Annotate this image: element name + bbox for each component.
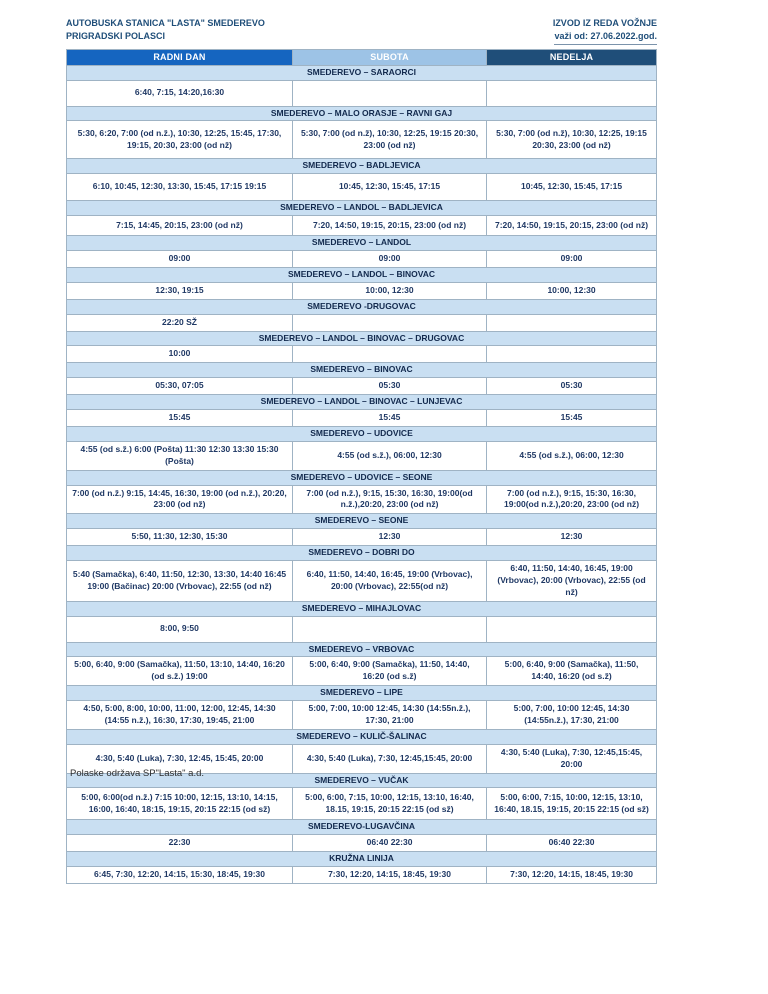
route-title: SMEDEREVO – LANDOL – BINOVAC – DRUGOVAC <box>67 331 657 346</box>
departure-times-row: 22:20 SŽ <box>67 314 657 331</box>
route-title: SMEDEREVO – LANDOL <box>67 236 657 251</box>
route-title: SMEDEREVO – DOBRI DO <box>67 546 657 561</box>
departure-times-cell: 5:00, 6:40, 9:00 (Samačka), 11:50, 14:40… <box>292 657 486 686</box>
route-title: KRUŽNA LINIJA <box>67 852 657 867</box>
route-title: SMEDEREVO – UDOVICE <box>67 426 657 441</box>
column-header-radni-dan: RADNI DAN <box>67 50 293 66</box>
schedule-info-block: IZVOD IZ REDA VOŽNJE važi od: 27.06.2022… <box>553 17 657 45</box>
route-title: SMEDEREVO -DRUGOVAC <box>67 299 657 314</box>
departure-times-cell <box>292 80 486 106</box>
route-section-header: SMEDEREVO – LANDOL – BADLJEVICA <box>67 201 657 216</box>
departure-times-row: 4:50, 5:00, 8:00, 10:00, 11:00, 12:00, 1… <box>67 701 657 730</box>
route-title: SMEDEREVO – MALO ORASJE – RAVNI GAJ <box>67 106 657 121</box>
departure-times-cell: 6:40, 11:50, 14:40, 16:45, 19:00 (Vrbova… <box>292 560 486 601</box>
route-section-header: SMEDEREVO – SEONE <box>67 514 657 529</box>
departure-times-cell: 5:00, 7:00, 10:00 12:45, 14:30 (14:55n.ž… <box>487 701 657 730</box>
departure-times-cell: 6:10, 10:45, 12:30, 13:30, 15:45, 17:15 … <box>67 174 293 201</box>
departure-times-row: 4:55 (od s.ž.) 6:00 (Pošta) 11:30 12:30 … <box>67 441 657 470</box>
departure-times-cell: 10:45, 12:30, 15:45, 17:15 <box>487 174 657 201</box>
operator-note: Polaske održava SP"Lasta" a.d. <box>70 768 204 779</box>
schedule-extract-label: IZVOD IZ REDA VOŽNJE <box>553 17 657 30</box>
departure-times-cell: 4:30, 5:40 (Luka), 7:30, 12:45,15:45, 20… <box>292 744 486 773</box>
route-title: SMEDEREVO-LUGAVČINA <box>67 820 657 835</box>
departure-times-cell: 7:30, 12:20, 14:15, 18:45, 19:30 <box>487 867 657 884</box>
departure-times-cell: 12:30 <box>487 529 657 546</box>
departure-times-cell: 12:30 <box>292 529 486 546</box>
departure-times-row: 7:00 (od n.ž.) 9:15, 14:45, 16:30, 19:00… <box>67 485 657 514</box>
departure-times-cell: 6:40, 11:50, 14:40, 16:45, 19:00 (Vrbova… <box>487 560 657 601</box>
route-section-header: SMEDEREVO – DOBRI DO <box>67 546 657 561</box>
departure-times-cell: 09:00 <box>487 251 657 268</box>
departure-times-cell: 5:30, 7:00 (od n.ž), 10:30, 12:25, 19:15… <box>292 121 486 159</box>
route-section-header: SMEDEREVO – KULIČ-ŠALINAC <box>67 729 657 744</box>
route-title: SMEDEREVO – BINOVAC <box>67 363 657 378</box>
day-header-row: RADNI DAN SUBOTA NEDELJA <box>67 50 657 66</box>
route-title: SMEDEREVO – VRBOVAC <box>67 642 657 657</box>
departure-times-cell: 5:50, 11:30, 12:30, 15:30 <box>67 529 293 546</box>
station-title-block: AUTOBUSKA STANICA "LASTA" SMEDEREVO PRIG… <box>66 17 265 43</box>
departure-times-cell: 5:30, 6:20, 7:00 (od n.ž.), 10:30, 12:25… <box>67 121 293 159</box>
station-title: AUTOBUSKA STANICA "LASTA" SMEDEREVO <box>66 17 265 30</box>
departure-times-row: 10:00 <box>67 346 657 363</box>
departure-times-cell: 5:00, 6:40, 9:00 (Samačka), 11:50, 13:10… <box>67 657 293 686</box>
departure-times-cell <box>487 346 657 363</box>
route-title: SMEDEREVO – KULIČ-ŠALINAC <box>67 729 657 744</box>
departure-times-cell <box>487 80 657 106</box>
route-title: SMEDEREVO – BADLJEVICA <box>67 159 657 174</box>
departure-times-cell: 5:00, 6:40, 9:00 (Samačka), 11:50, 14:40… <box>487 657 657 686</box>
departure-times-row: 5:00, 6:40, 9:00 (Samačka), 11:50, 13:10… <box>67 657 657 686</box>
valid-from-date: važi od: 27.06.2022.god. <box>554 30 657 45</box>
route-section-header: SMEDEREVO -DRUGOVAC <box>67 299 657 314</box>
column-header-nedelja: NEDELJA <box>487 50 657 66</box>
departure-times-cell: 4:55 (od s.ž.) 6:00 (Pošta) 11:30 12:30 … <box>67 441 293 470</box>
departure-times-cell: 4:50, 5:00, 8:00, 10:00, 11:00, 12:00, 1… <box>67 701 293 730</box>
departure-times-cell: 5:00, 6:00, 7:15, 10:00, 12:15, 13:10, 1… <box>487 788 657 820</box>
route-section-header: SMEDEREVO – LANDOL – BINOVAC – DRUGOVAC <box>67 331 657 346</box>
departure-times-cell: 05:30, 07:05 <box>67 378 293 395</box>
content-area: AUTOBUSKA STANICA "LASTA" SMEDEREVO PRIG… <box>66 17 657 884</box>
departure-times-cell: 7:20, 14:50, 19:15, 20:15, 23:00 (od nž) <box>487 216 657 236</box>
departure-times-cell: 5:40 (Samačka), 6:40, 11:50, 12:30, 13:3… <box>67 560 293 601</box>
route-section-header: SMEDEREVO – VRBOVAC <box>67 642 657 657</box>
route-title: SMEDEREVO – LIPE <box>67 686 657 701</box>
departure-times-cell: 5:30, 7:00 (od n.ž), 10:30, 12:25, 19:15… <box>487 121 657 159</box>
departure-times-cell: 15:45 <box>292 410 486 427</box>
departure-times-cell <box>292 616 486 642</box>
route-section-header: SMEDEREVO – MALO ORASJE – RAVNI GAJ <box>67 106 657 121</box>
departure-times-cell: 8:00, 9:50 <box>67 616 293 642</box>
route-title: SMEDEREVO – UDOVICE – SEONE <box>67 470 657 485</box>
route-section-header: KRUŽNA LINIJA <box>67 852 657 867</box>
route-title: SMEDEREVO – LANDOL – BINOVAC – LUNJEVAC <box>67 395 657 410</box>
departure-times-cell: 06:40 22:30 <box>487 835 657 852</box>
departure-times-cell: 7:00 (od n.ž.) 9:15, 14:45, 16:30, 19:00… <box>67 485 293 514</box>
departure-times-cell: 10:00 <box>67 346 293 363</box>
timetable-page: AUTOBUSKA STANICA "LASTA" SMEDEREVO PRIG… <box>0 0 768 994</box>
route-section-header: SMEDEREVO – LANDOL – BINOVAC – LUNJEVAC <box>67 395 657 410</box>
route-section-header: SMEDEREVO – LANDOL <box>67 236 657 251</box>
route-title: SMEDEREVO – LANDOL – BADLJEVICA <box>67 201 657 216</box>
departure-times-row: 5:40 (Samačka), 6:40, 11:50, 12:30, 13:3… <box>67 560 657 601</box>
route-title: SMEDEREVO – LANDOL – BINOVAC <box>67 268 657 283</box>
departure-times-cell: 7:30, 12:20, 14:15, 18:45, 19:30 <box>292 867 486 884</box>
station-subtitle: PRIGRADSKI POLASCI <box>66 30 265 43</box>
departure-times-cell: 7:20, 14:50, 19:15, 20:15, 23:00 (od nž) <box>292 216 486 236</box>
departure-times-cell: 22:30 <box>67 835 293 852</box>
departure-times-row: 09:0009:0009:00 <box>67 251 657 268</box>
column-header-subota: SUBOTA <box>292 50 486 66</box>
departure-times-row: 5:30, 6:20, 7:00 (od n.ž.), 10:30, 12:25… <box>67 121 657 159</box>
departure-times-cell <box>487 616 657 642</box>
departure-times-cell: 05:30 <box>292 378 486 395</box>
route-section-header: SMEDEREVO – LIPE <box>67 686 657 701</box>
departure-times-cell: 5:00, 6:00, 7:15, 10:00, 12:15, 13:10, 1… <box>292 788 486 820</box>
departure-times-cell: 10:00, 12:30 <box>292 282 486 299</box>
departure-times-cell: 6:40, 7:15, 14:20,16:30 <box>67 80 293 106</box>
departure-times-cell: 4:30, 5:40 (Luka), 7:30, 12:45,15:45, 20… <box>487 744 657 773</box>
departure-times-cell: 7:15, 14:45, 20:15, 23:00 (od nž) <box>67 216 293 236</box>
route-title: SMEDEREVO – MIHAJLOVAC <box>67 601 657 616</box>
route-section-header: SMEDEREVO – UDOVICE <box>67 426 657 441</box>
route-section-header: SMEDEREVO – MIHAJLOVAC <box>67 601 657 616</box>
departure-times-cell: 7:00 (od n.ž.), 9:15, 15:30, 16:30, 19:0… <box>292 485 486 514</box>
departure-times-cell: 06:40 22:30 <box>292 835 486 852</box>
route-section-header: SMEDEREVO – LANDOL – BINOVAC <box>67 268 657 283</box>
departure-times-cell: 15:45 <box>487 410 657 427</box>
departure-times-row: 5:50, 11:30, 12:30, 15:3012:3012:30 <box>67 529 657 546</box>
departure-times-cell: 5:00, 6:00(od n.ž.) 7:15 10:00, 12:15, 1… <box>67 788 293 820</box>
departure-times-row: 12:30, 19:1510:00, 12:3010:00, 12:30 <box>67 282 657 299</box>
departure-times-row: 6:45, 7:30, 12:20, 14:15, 15:30, 18:45, … <box>67 867 657 884</box>
departure-times-row: 8:00, 9:50 <box>67 616 657 642</box>
bus-timetable: RADNI DAN SUBOTA NEDELJA SMEDEREVO – SAR… <box>66 49 657 884</box>
route-section-header: SMEDEREVO – BADLJEVICA <box>67 159 657 174</box>
departure-times-row: 5:00, 6:00(od n.ž.) 7:15 10:00, 12:15, 1… <box>67 788 657 820</box>
route-section-header: SMEDEREVO – SARAORCI <box>67 65 657 80</box>
departure-times-cell: 6:45, 7:30, 12:20, 14:15, 15:30, 18:45, … <box>67 867 293 884</box>
departure-times-row: 6:10, 10:45, 12:30, 13:30, 15:45, 17:15 … <box>67 174 657 201</box>
departure-times-cell <box>292 314 486 331</box>
route-section-header: SMEDEREVO-LUGAVČINA <box>67 820 657 835</box>
route-title: SMEDEREVO – SEONE <box>67 514 657 529</box>
departure-times-cell <box>292 346 486 363</box>
document-header: AUTOBUSKA STANICA "LASTA" SMEDEREVO PRIG… <box>66 17 657 45</box>
departure-times-row: 22:3006:40 22:3006:40 22:30 <box>67 835 657 852</box>
departure-times-cell: 05:30 <box>487 378 657 395</box>
route-section-header: SMEDEREVO – UDOVICE – SEONE <box>67 470 657 485</box>
departure-times-cell: 12:30, 19:15 <box>67 282 293 299</box>
departure-times-cell <box>487 314 657 331</box>
departure-times-row: 6:40, 7:15, 14:20,16:30 <box>67 80 657 106</box>
departure-times-cell: 15:45 <box>67 410 293 427</box>
departure-times-cell: 10:00, 12:30 <box>487 282 657 299</box>
departure-times-row: 05:30, 07:0505:3005:30 <box>67 378 657 395</box>
route-section-header: SMEDEREVO – BINOVAC <box>67 363 657 378</box>
departure-times-cell: 10:45, 12:30, 15:45, 17:15 <box>292 174 486 201</box>
departure-times-row: 7:15, 14:45, 20:15, 23:00 (od nž)7:20, 1… <box>67 216 657 236</box>
departure-times-cell: 09:00 <box>67 251 293 268</box>
departure-times-cell: 7:00 (od n.ž.), 9:15, 15:30, 16:30, 19:0… <box>487 485 657 514</box>
route-title: SMEDEREVO – SARAORCI <box>67 65 657 80</box>
departure-times-cell: 5:00, 7:00, 10:00 12:45, 14:30 (14:55n.ž… <box>292 701 486 730</box>
departure-times-row: 15:4515:4515:45 <box>67 410 657 427</box>
departure-times-cell: 4:55 (od s.ž.), 06:00, 12:30 <box>292 441 486 470</box>
departure-times-cell: 09:00 <box>292 251 486 268</box>
departure-times-cell: 22:20 SŽ <box>67 314 293 331</box>
departure-times-cell: 4:55 (od s.ž.), 06:00, 12:30 <box>487 441 657 470</box>
